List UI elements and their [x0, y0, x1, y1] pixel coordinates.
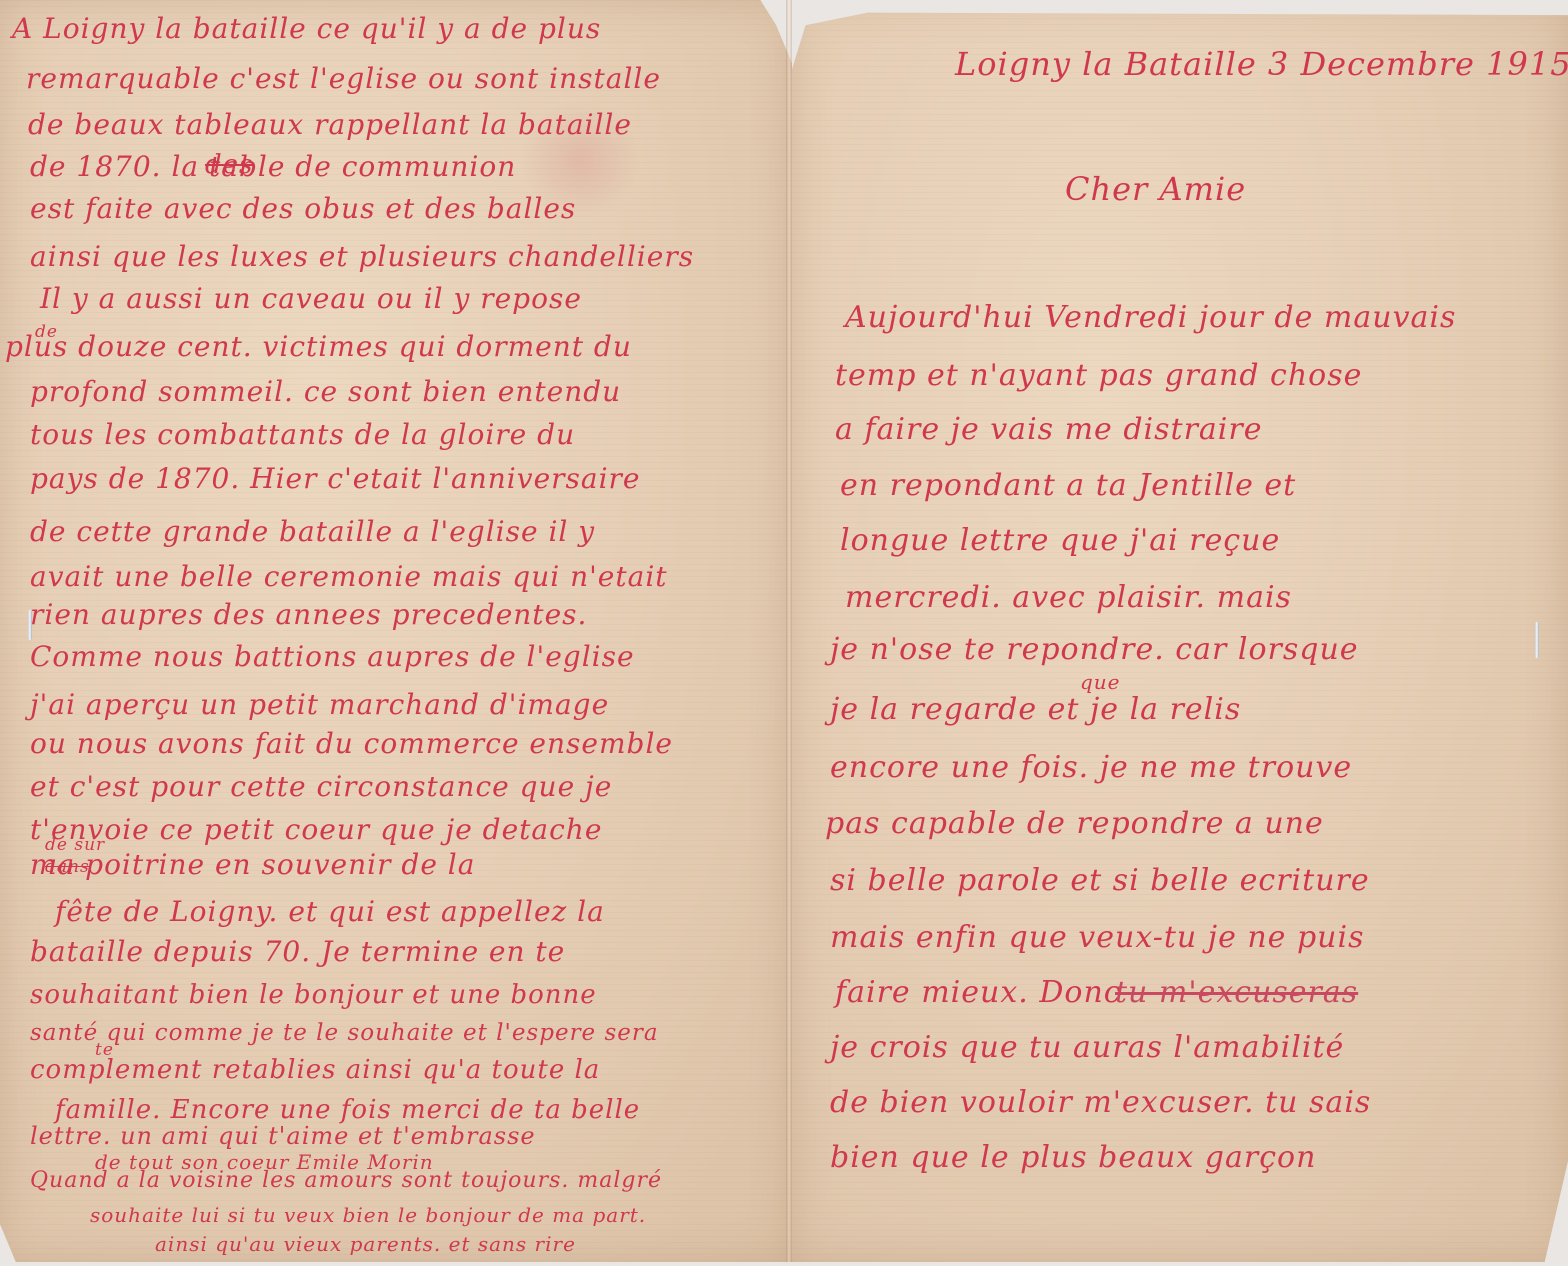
struck-des: des [205, 150, 253, 180]
staple-hole-right [1535, 622, 1539, 658]
letter-line: je crois que tu auras l'amabilité [830, 1030, 1344, 1065]
letter-line: je la regarde et je la relis [830, 692, 1241, 727]
letter-line: mais enfin que veux-tu je ne puis [830, 920, 1365, 955]
letter-line: avait une belle ceremonie mais qui n'eta… [30, 560, 668, 593]
letter-line: et c'est pour cette circonstance que je [30, 770, 612, 803]
letter-line: souhaite lui si tu veux bien le bonjour … [90, 1203, 646, 1227]
letter-line: souhaitant bien le bonjour et une bonne [30, 980, 597, 1010]
letter-line: faire mieux. Donc [835, 975, 1122, 1010]
letter-line: j'ai aperçu un petit marchand d'image [30, 688, 609, 721]
letter-line: fête de Loigny. et qui est appellez la [55, 895, 605, 928]
letter-line: santé qui comme je te le souhaite et l'e… [30, 1020, 659, 1046]
letter-line: plus douze cent. victimes qui dorment du [5, 330, 632, 363]
letter-line: a faire je vais me distraire [835, 412, 1263, 447]
letter-line: Comme nous battions aupres de l'eglise [30, 640, 635, 673]
letter-line: pas capable de repondre a une [825, 806, 1324, 841]
insertion-que: que [1080, 670, 1121, 694]
letter-line: mercredi. avec plaisir. mais [845, 580, 1292, 615]
letter-line: de beaux tableaux rappellant la bataille [28, 108, 632, 141]
letter-line: Quand a la voisine les amours sont toujo… [30, 1168, 662, 1193]
letter-line: remarquable c'est l'eglise ou sont insta… [26, 62, 661, 95]
letter-line: rien aupres des annees precedentes. [30, 598, 587, 631]
struck-text: tu m'excuseras [1115, 975, 1358, 1010]
letter-line: ainsi que les luxes et plusieurs chandel… [30, 240, 694, 273]
letter-line: ou nous avons fait du commerce ensemble [30, 727, 673, 760]
letter-line: lettre. un ami qui t'aime et t'embrasse [30, 1122, 536, 1150]
letter-line: longue lettre que j'ai reçue [840, 523, 1280, 558]
letter-line: en repondant a ta Jentille et [840, 468, 1296, 503]
letter-line: famille. Encore une fois merci de ta bel… [55, 1095, 640, 1125]
letter-line: bataille depuis 70. Je termine en te [30, 935, 565, 968]
letter-line: tous les combattants de la gloire du [30, 418, 575, 451]
letter-line: complement retablies ainsi qu'a toute la [30, 1055, 600, 1085]
letter-line: ainsi qu'au vieux parents. et sans rire [155, 1232, 576, 1256]
letter-line: je n'ose te repondre. car lorsque [830, 632, 1359, 667]
letter-line: de cette grande bataille a l'eglise il y [30, 515, 595, 548]
letter-line: ma poitrine en souvenir de la [30, 848, 475, 881]
place-date-heading: Loigny la Bataille 3 Decembre 1915 [955, 45, 1568, 83]
letter-line: pays de 1870. Hier c'etait l'anniversair… [30, 462, 641, 495]
letter-line: encore une fois. je ne me trouve [830, 750, 1352, 785]
letter-line: A Loigny la bataille ce qu'il y a de plu… [12, 12, 601, 45]
letter-line: t'envoie ce petit coeur que je detache [30, 813, 602, 846]
letter-line: est faite avec des obus et des balles [30, 192, 576, 225]
letter-line: temp et n'ayant pas grand chose [835, 358, 1362, 393]
letter-line: profond sommeil. ce sont bien entendu [30, 375, 621, 408]
salutation: Cher Amie [1065, 170, 1246, 208]
letter-line: de 1870. la table de communion [30, 150, 516, 183]
letter-line: si belle parole et si belle ecriture [830, 863, 1370, 898]
letter-line: bien que le plus beaux garçon [830, 1140, 1316, 1175]
letter-line: de bien vouloir m'excuser. tu sais [830, 1085, 1371, 1120]
page-fold [786, 0, 792, 1262]
letter-line: Aujourd'hui Vendredi jour de mauvais [845, 300, 1456, 335]
letter-line: Il y a aussi un caveau ou il y repose [40, 282, 582, 315]
